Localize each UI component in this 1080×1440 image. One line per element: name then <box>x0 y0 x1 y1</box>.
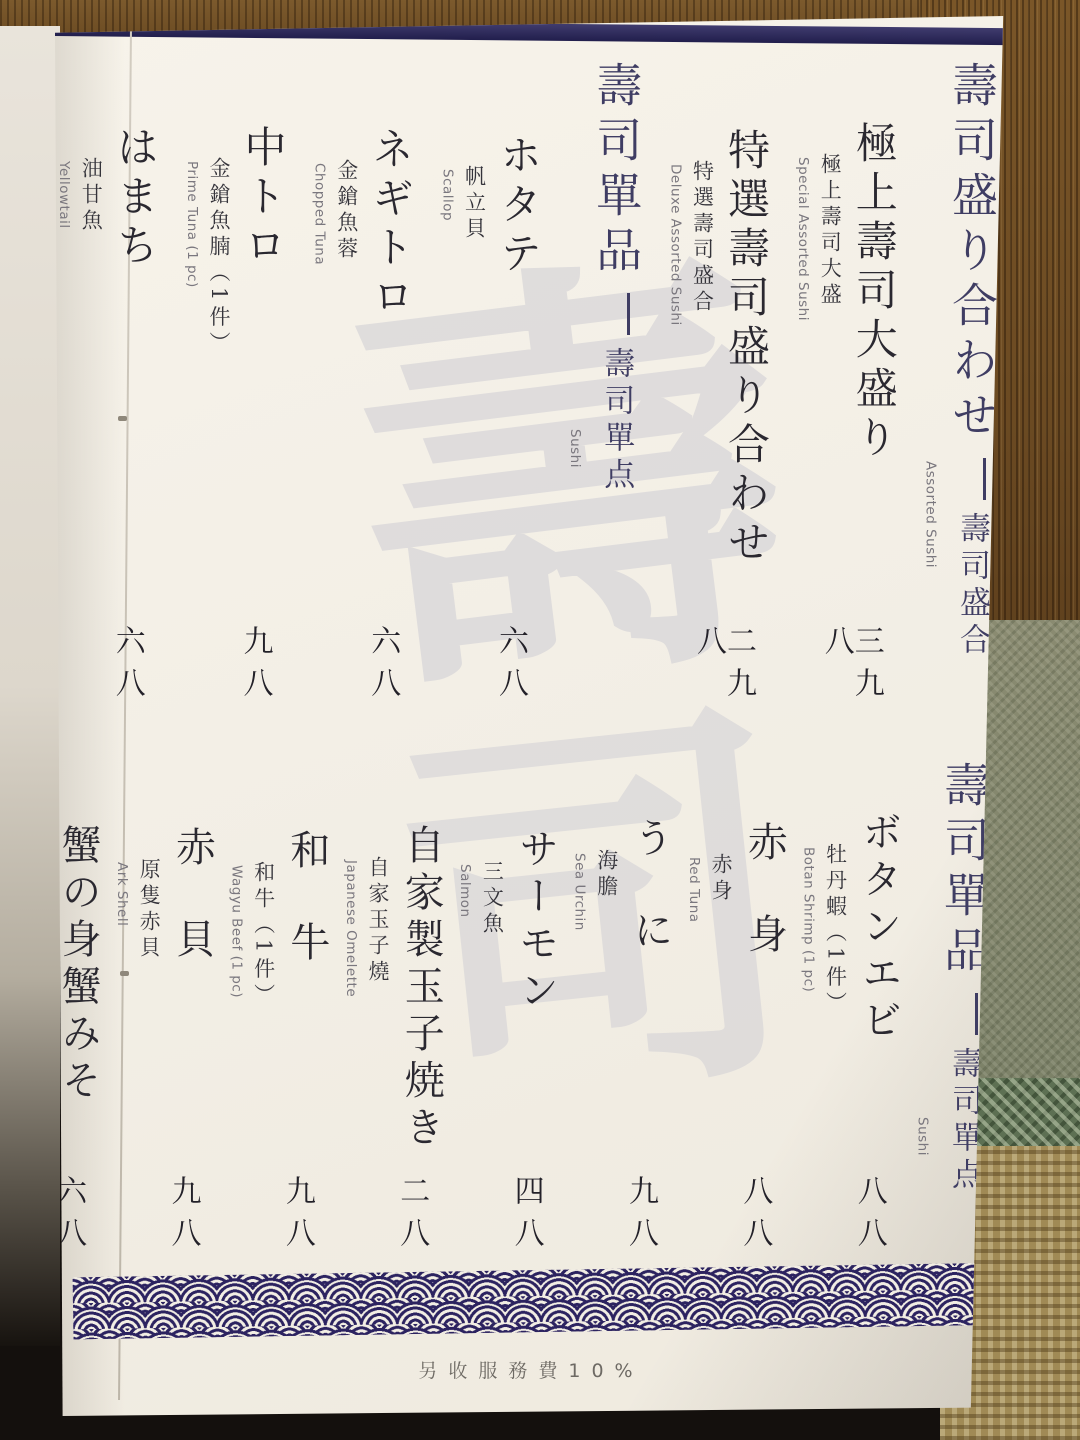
menu-item-sea-urchin: うに 海膽 Sea Urchin 九八 <box>572 753 673 1273</box>
menu-item-deluxe-assorted-sushi: 特選壽司盛り合わせ 特選壽司盛合 Deluxe Assorted Sushi 二… <box>667 53 771 748</box>
page-spine-edge <box>0 26 60 1346</box>
item-name-zh: 帆立貝 <box>461 133 486 748</box>
menu-item-botan-shrimp: ボタンエビ 牡丹蝦（1件） Botan Shrimp (1 pc) 八八 <box>800 753 901 1273</box>
item-name-zh: 海膽 <box>594 817 619 1273</box>
item-name-en: Salmon <box>457 828 473 1273</box>
item-price: 六八 <box>112 625 142 709</box>
section-title-zh: 壽司單点 <box>598 347 634 495</box>
item-price: 八八 <box>854 1175 884 1259</box>
item-price: 六八 <box>495 625 525 709</box>
section-title-en: Assorted Sushi <box>923 61 939 748</box>
item-price: 六八 <box>367 625 397 709</box>
item-name-en: Wagyu Beef (1 pc) <box>228 829 244 1273</box>
item-name-en: Scallop <box>439 133 455 748</box>
menu-item-ark-shell: 赤貝 原隻赤貝 Ark Shell 九八 <box>114 753 215 1273</box>
item-price: 二八 <box>396 1175 426 1259</box>
item-name-en: Sea Urchin <box>572 817 588 1273</box>
menu-bottom-band: 壽司單品壽司單点 Sushi ボタンエビ 牡丹蝦（1件） Botan Shrim… <box>0 753 991 1273</box>
item-name-zh: 赤身 <box>708 821 733 1273</box>
title-divider <box>975 993 978 1035</box>
section-header-sushi-a-la-carte-1: 壽司單品壽司單点 Sushi <box>567 53 643 748</box>
menu-page: 壽 司 壽司盛り合わせ壽司盛合 Assorted Sushi 極上壽司大盛り 極… <box>55 16 1007 1416</box>
menu-item-salmon: サーモン 三文魚 Salmon 四八 <box>457 753 558 1273</box>
section-title-zh: 壽司盛合 <box>954 512 990 660</box>
item-name-zh: 油甘魚 <box>78 125 103 748</box>
menu-item-scallop: ホタテ 帆立貝 Scallop 六八 <box>439 53 543 748</box>
item-price: 九八 <box>282 1175 312 1259</box>
section-title-en: Sushi <box>567 61 583 748</box>
item-name-en: Ark Shell <box>114 826 130 1273</box>
menu-item-red-tuna: 赤身 赤身 Red Tuna 八八 <box>686 753 787 1273</box>
item-name-zh: 和牛（1件） <box>250 829 275 1273</box>
item-name-zh: 金鎗魚腩（1件） <box>206 125 231 748</box>
item-price: 八八 <box>739 1175 769 1259</box>
menu-top-band: 壽司盛り合わせ壽司盛合 Assorted Sushi 極上壽司大盛り 極上壽司大… <box>32 53 999 748</box>
menu-item-japanese-omelette: 自家製玉子焼き 自家玉子燒 Japanese Omelette 二八 <box>343 753 444 1273</box>
item-name-en: Special Assorted Sushi <box>795 121 811 748</box>
title-divider <box>983 458 986 500</box>
item-price: 九八 <box>625 1175 655 1259</box>
item-price: 九八 <box>167 1175 197 1259</box>
title-divider <box>627 293 630 335</box>
section-header-assorted-sushi: 壽司盛り合わせ壽司盛合 Assorted Sushi <box>923 53 999 748</box>
item-name-en: Yellowtail <box>56 125 72 748</box>
menu-item-prime-tuna: 中トロ 金鎗魚腩（1件） Prime Tuna (1 pc) 九八 <box>184 53 288 748</box>
item-name-zh: 牡丹蝦（1件） <box>822 811 847 1273</box>
item-price: 三九八 <box>821 625 881 748</box>
seigaiha-wave-border <box>73 1263 1008 1340</box>
section-title-jp: 壽司盛り合わせ <box>945 61 999 446</box>
item-name-zh: 自家玉子燒 <box>365 824 390 1273</box>
item-name-en: Japanese Omelette <box>343 824 359 1273</box>
menu-item-yellowtail: はまち 油甘魚 Yellowtail 六八 <box>56 53 160 748</box>
section-title: 壽司單品壽司單点 <box>589 61 643 748</box>
section-title-jp: 壽司單品 <box>589 61 643 281</box>
item-price: 二九八 <box>693 625 753 748</box>
menu-item-wagyu-beef: 和牛 和牛（1件） Wagyu Beef (1 pc) 九八 <box>228 753 329 1273</box>
item-name-en: Red Tuna <box>686 821 702 1273</box>
item-name-zh: 原隻赤貝 <box>136 826 161 1273</box>
item-name-zh: 金鎗魚蓉 <box>334 127 359 748</box>
menu-item-chopped-tuna: ネギトロ 金鎗魚蓉 Chopped Tuna 六八 <box>312 53 416 748</box>
item-name-en: Deluxe Assorted Sushi <box>667 128 683 748</box>
item-name-en: Botan Shrimp (1 pc) <box>800 811 816 1273</box>
menu-item-special-assorted-sushi: 極上壽司大盛り 極上壽司大盛 Special Assorted Sushi 三九… <box>795 53 899 748</box>
item-name-en: Chopped Tuna <box>312 127 328 748</box>
item-price: 四八 <box>511 1175 541 1259</box>
item-name-zh: 三文魚 <box>479 828 504 1273</box>
item-name-en: Prime Tuna (1 pc) <box>184 125 200 748</box>
item-price: 九八 <box>240 625 270 709</box>
service-fee-note: 另收服務費10% <box>55 1356 1007 1383</box>
section-title-en: Sushi <box>915 761 931 1273</box>
